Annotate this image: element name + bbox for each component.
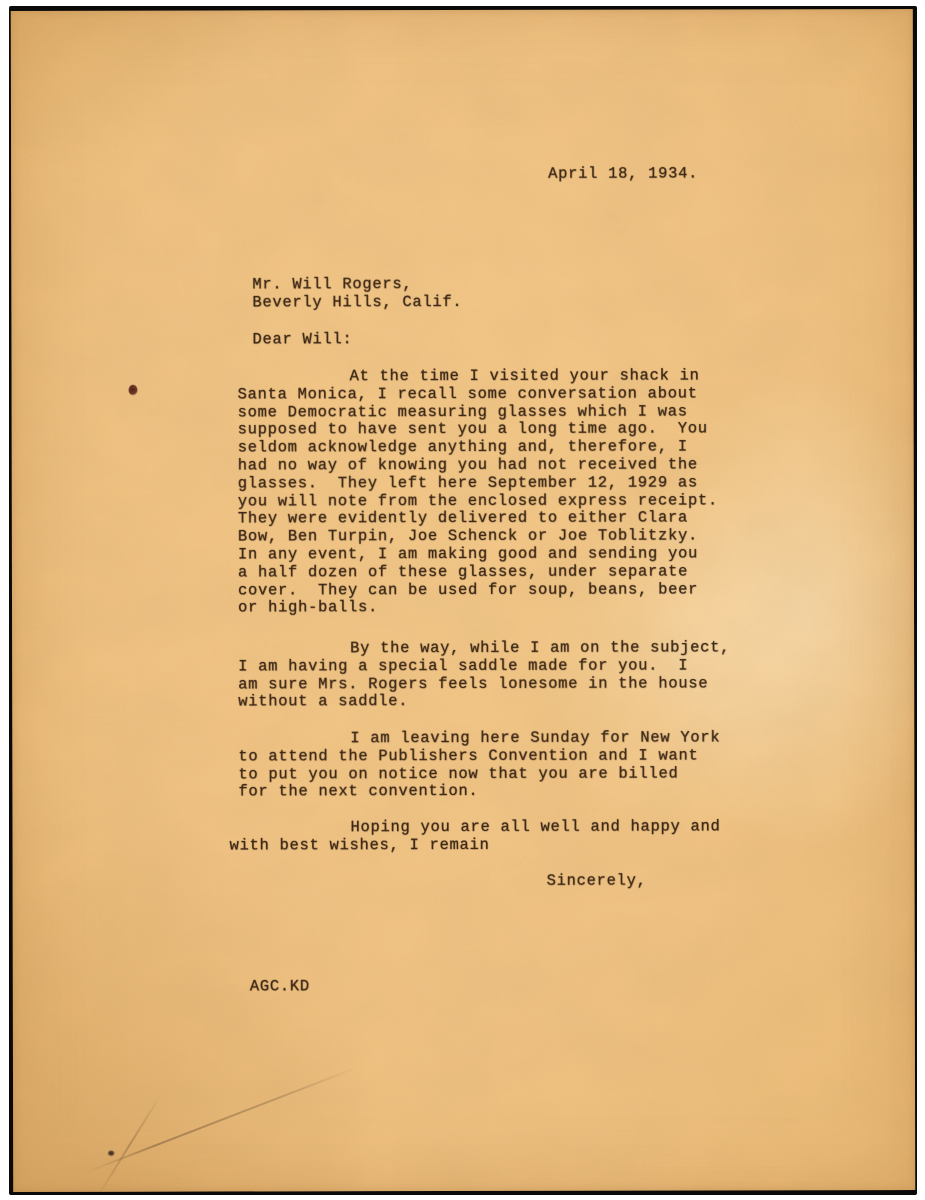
letter-line: I am having a special saddle made for yo…	[238, 657, 730, 676]
letter-body: April 18, 1934. Mr. Will Rogers, Beverly…	[11, 9, 915, 1192]
paragraph-2: By the way, while I am on the subject, I…	[238, 639, 730, 711]
letter-line: or high-balls.	[238, 599, 718, 618]
letter-line: without a saddle.	[238, 693, 730, 712]
paragraph-1: At the time I visited your shack in Sant…	[238, 367, 719, 617]
recipient-address: Mr. Will Rogers, Beverly Hills, Calif.	[252, 276, 462, 312]
signoff: Sincerely,	[547, 873, 647, 891]
scan-edge-frame: April 18, 1934. Mr. Will Rogers, Beverly…	[9, 6, 917, 1195]
letter-line: Hoping you are all well and happy and	[238, 818, 720, 837]
letter-line: In any event, I am making good and sendi…	[238, 545, 718, 564]
letter-line: to attend the Publishers Convention and …	[238, 747, 720, 766]
typist-initials: AGC.KD	[250, 978, 310, 996]
letter-date: April 18, 1934.	[548, 166, 698, 184]
recipient-name: Mr. Will Rogers,	[252, 276, 462, 294]
letter-line: Bow, Ben Turpin, Joe Schenck or Joe Tobl…	[238, 528, 718, 547]
letter-line: to put you on notice now that you are bi…	[238, 765, 720, 784]
letter-line: At the time I visited your shack in	[238, 367, 718, 386]
letter-line: for the next convention.	[238, 783, 720, 802]
letter-paper: April 18, 1934. Mr. Will Rogers, Beverly…	[11, 9, 915, 1192]
letter-line: Santa Monica, I recall some conversation…	[238, 385, 718, 404]
letter-line: a half dozen of these glasses, under sep…	[238, 563, 718, 582]
paragraph-4: Hoping you are all well and happy and wi…	[238, 818, 720, 855]
letter-line: glasses. They left here September 12, 19…	[238, 474, 718, 493]
letter-line: had no way of knowing you had not receiv…	[238, 456, 718, 475]
paragraph-3: I am leaving here Sunday for New York to…	[238, 729, 720, 801]
letter-line: with best wishes, I remain	[229, 836, 720, 855]
letter-line: cover. They can be used for soup, beans,…	[238, 581, 718, 600]
salutation: Dear Will:	[252, 331, 352, 349]
letter-line: I am leaving here Sunday for New York	[238, 729, 720, 748]
letter-line: am sure Mrs. Rogers feels lonesome in th…	[238, 675, 730, 694]
recipient-city: Beverly Hills, Calif.	[252, 294, 462, 312]
letter-line: By the way, while I am on the subject,	[238, 639, 730, 658]
